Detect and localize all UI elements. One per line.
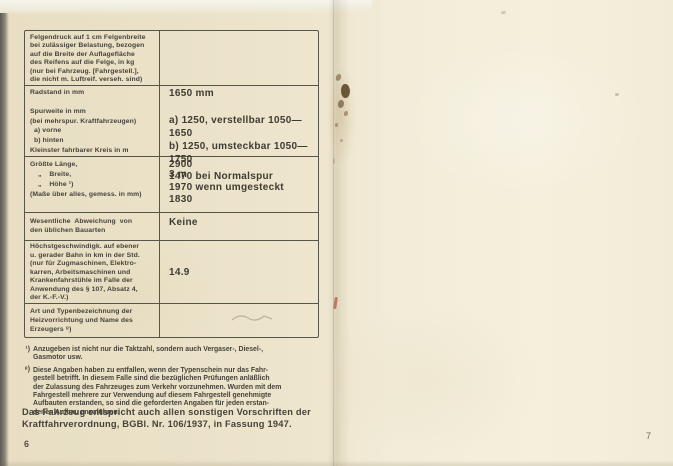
faint-pencil-mark [230, 309, 274, 325]
table-row-felgendruck: Felgendruck auf 1 cm Felgenbreite bei zu… [25, 31, 318, 85]
stain-halo [327, 66, 357, 166]
footnote-marker: ¹) [20, 346, 30, 363]
scan-left-edge [0, 13, 9, 466]
table-row-radstand-spurweite: Radstand in mm Spurweite in mm (bei mehr… [25, 85, 318, 156]
row-value-empty [160, 31, 318, 85]
table-row-heizvorrichtung: Art und Typenbezeichnung der Heizvorrich… [25, 303, 318, 337]
row-value: 2900 1470 bei Normalspur 1970 wenn umges… [160, 157, 318, 212]
value-speed: 14.9 [169, 267, 190, 278]
paper-speck [615, 93, 619, 96]
vehicle-spec-table: Felgendruck auf 1 cm Felgenbreite bei zu… [24, 30, 319, 338]
compliance-statement: Das Fahrzeug entspricht auch allen sonst… [22, 407, 311, 431]
row-value: Keine [160, 213, 318, 240]
scanned-booklet-spread: Felgendruck auf 1 cm Felgenbreite bei zu… [0, 0, 673, 466]
table-row-abmessungen: Größte Länge, „ Breite, „ Höhe ¹) (Maße … [25, 156, 318, 212]
row-label: Höchstgeschwindigk. auf ebener u. gerade… [25, 241, 160, 303]
row-value: 14.9 [160, 241, 318, 303]
row-value: 1650 mm a) 1250, verstellbar 1050—1650 b… [160, 86, 318, 156]
page-number-left: 6 [24, 439, 29, 449]
row-label: Art und Typenbezeichnung der Heizvorrich… [25, 304, 160, 337]
row-label: Felgendruck auf 1 cm Felgenbreite bei zu… [25, 31, 160, 85]
row-label: Größte Länge, „ Breite, „ Höhe ¹) (Maße … [25, 157, 160, 212]
row-label: Wesentliche Abweichung von den üblichen … [25, 213, 160, 240]
row-label: Radstand in mm Spurweite in mm (bei mehr… [25, 86, 160, 156]
paper-speck [501, 11, 506, 14]
table-row-hoechstgeschwindigkeit: Höchstgeschwindigk. auf ebener u. gerade… [25, 240, 318, 303]
page-number-right: 7 [646, 431, 651, 441]
table-row-abweichung: Wesentliche Abweichung von den üblichen … [25, 212, 318, 240]
footnote-text: Anzugeben ist nicht nur die Taktzahl, so… [33, 346, 263, 363]
value-radstand: 1650 mm [169, 88, 314, 99]
row-value-empty [160, 304, 318, 337]
value-spurweite-vorne: a) 1250, verstellbar 1050—1650 [169, 114, 314, 140]
scan-top-edge [0, 0, 372, 15]
footnote-1: ¹) Anzugeben ist nicht nur die Taktzahl,… [20, 346, 342, 363]
